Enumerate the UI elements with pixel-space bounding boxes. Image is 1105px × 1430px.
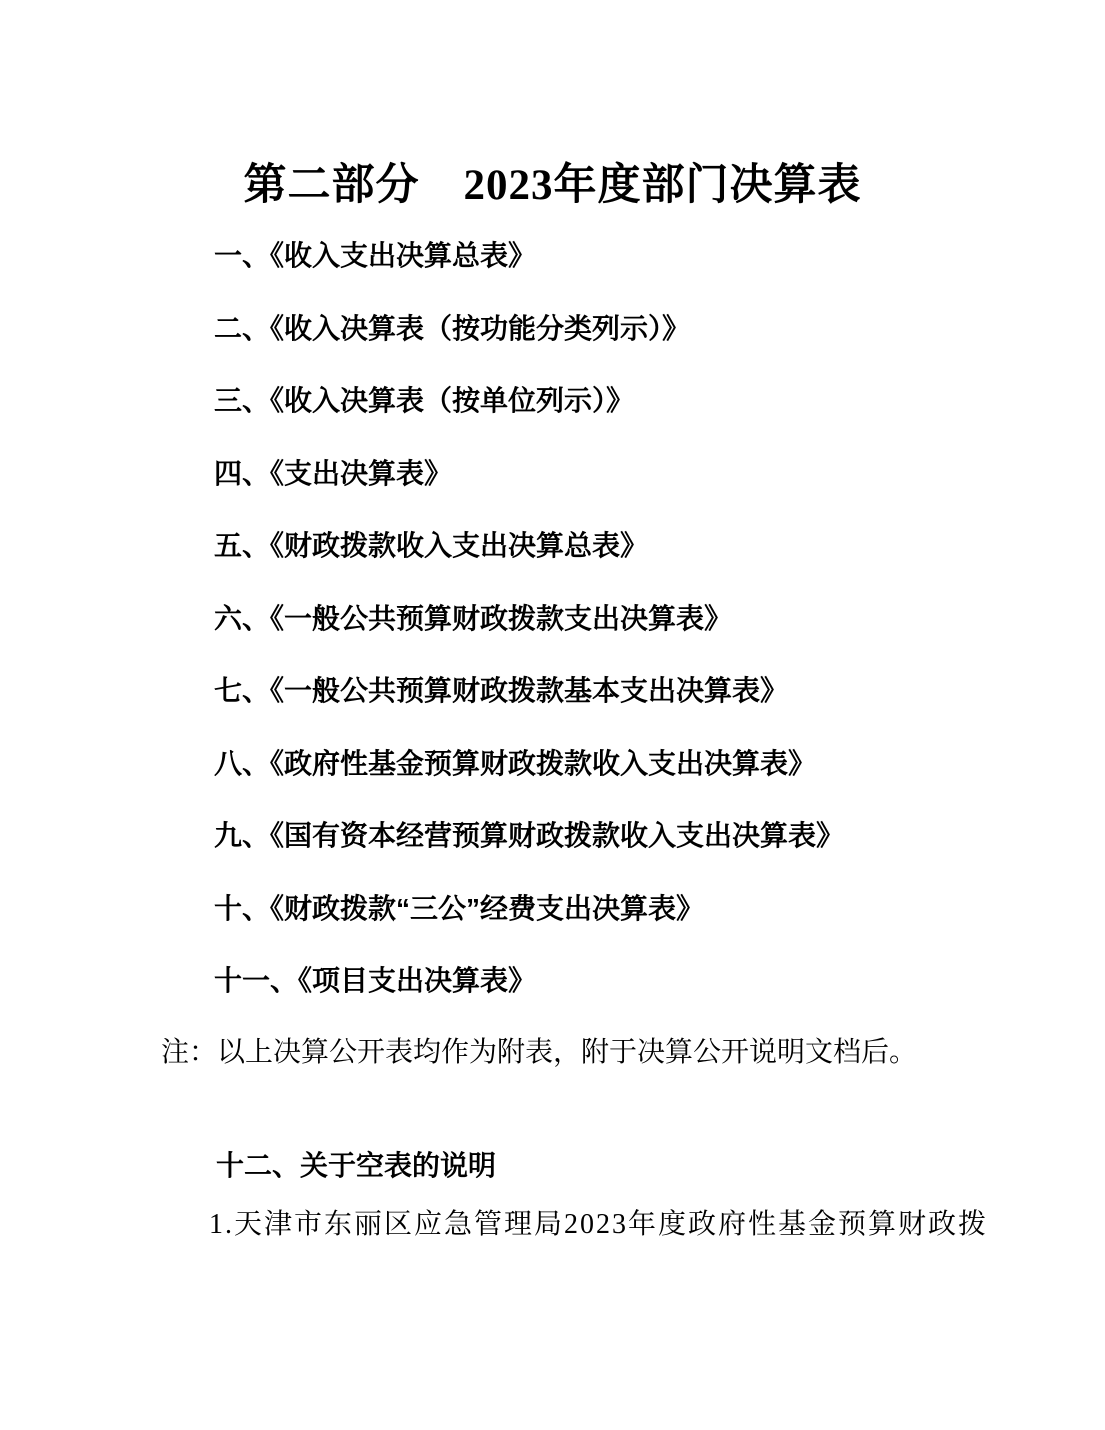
toc-item-5: 五、《财政拨款收入支出决算总表》 bbox=[214, 531, 974, 561]
toc-item-8: 八、《政府性基金预算财政拨款收入支出决算表》 bbox=[214, 749, 974, 779]
toc-item-10: 十、《财政拨款“三公”经费支出决算表》 bbox=[214, 894, 974, 924]
document-page: 第二部分 2023年度部门决算表 一、《收入支出决算总表》 二、《收入决算表（按… bbox=[0, 0, 1105, 1430]
toc-item-11: 十一、《项目支出决算表》 bbox=[214, 966, 974, 996]
toc-item-7: 七、《一般公共预算财政拨款基本支出决算表》 bbox=[214, 676, 974, 706]
toc-item-3: 三、《收入决算表（按单位列示）》 bbox=[214, 386, 974, 416]
toc-item-4: 四、《支出决算表》 bbox=[214, 459, 974, 489]
page-title: 第二部分 2023年度部门决算表 bbox=[0, 160, 1105, 212]
toc-item-9: 九、《国有资本经营预算财政拨款收入支出决算表》 bbox=[214, 821, 974, 851]
section-12-paragraph: 1.天津市东丽区应急管理局2023年度政府性基金预算财政拨 bbox=[209, 1209, 969, 1241]
toc-item-6: 六、《一般公共预算财政拨款支出决算表》 bbox=[214, 604, 974, 634]
toc-item-1: 一、《收入支出决算总表》 bbox=[214, 241, 974, 271]
table-of-contents: 一、《收入支出决算总表》 二、《收入决算表（按功能分类列示）》 三、《收入决算表… bbox=[214, 241, 974, 1039]
toc-item-2: 二、《收入决算表（按功能分类列示）》 bbox=[214, 314, 974, 344]
section-12-heading: 十二、关于空表的说明 bbox=[216, 1150, 496, 1182]
note-line: 注：以上决算公开表均作为附表，附于决算公开说明文档后。 bbox=[161, 1037, 917, 1069]
